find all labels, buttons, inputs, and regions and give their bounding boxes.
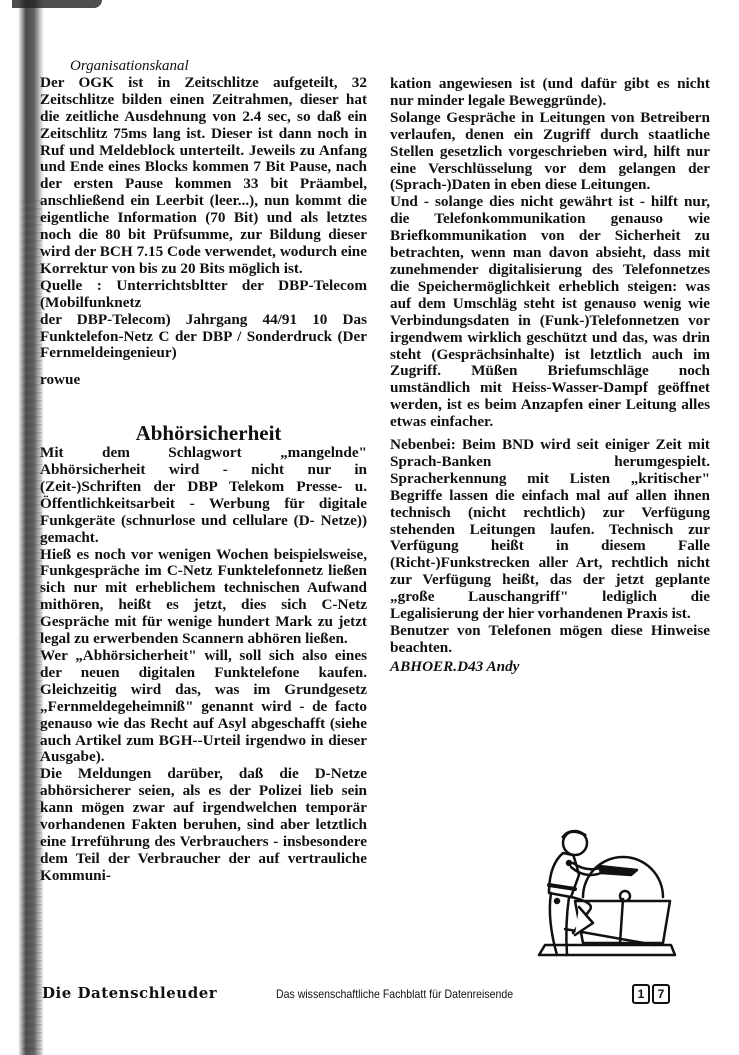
ogk-paragraph: Der OGK ist in Zeitschlitze aufgeteilt, … bbox=[40, 75, 367, 278]
man-at-grindstone-icon bbox=[535, 815, 680, 965]
scan-noise-edge bbox=[22, 200, 42, 1055]
source-line-2: der DBP-Telecom) Jahrgang 44/91 10 Das F… bbox=[40, 312, 367, 363]
publication-tagline: Das wissenschaftliche Fachblatt für Date… bbox=[276, 987, 513, 1001]
article-paragraph: Hieß es noch vor wenigen Wochen beispiel… bbox=[40, 547, 367, 648]
article-paragraph: kation angewiesen ist (und dafür gibt es… bbox=[390, 76, 710, 110]
article-paragraph: Solange Gespräche in Leitungen von Betre… bbox=[390, 110, 710, 195]
scan-shadow-top bbox=[12, 0, 102, 8]
article-paragraph: Benutzer von Telefonen mögen diese Hinwe… bbox=[390, 623, 710, 657]
publication-logo: Die Datenschleuder bbox=[42, 984, 217, 1002]
article-paragraph: Wer „Abhörsicherheit" will, soll sich al… bbox=[40, 648, 367, 766]
article-author: ABHOER.D43 Andy bbox=[390, 659, 710, 676]
article-paragraph: Mit dem Schlagwort „mangelnde" Abhörsich… bbox=[40, 445, 367, 546]
signature-rowue: rowue bbox=[40, 372, 367, 389]
article-paragraph: Nebenbei: Beim BND wird seit einiger Zei… bbox=[390, 437, 710, 623]
section-subheading: Organisationskanal bbox=[40, 58, 367, 75]
page-digit: 1 bbox=[632, 984, 650, 1004]
article-title: Abhörsicherheit bbox=[40, 425, 367, 442]
left-column: Organisationskanal Der OGK ist in Zeitsc… bbox=[40, 58, 367, 885]
page-footer: Die Datenschleuder Das wissenschaftliche… bbox=[0, 984, 739, 1004]
page-digit: 7 bbox=[652, 984, 670, 1004]
article-paragraph: Die Meldungen darüber, daß die D-Netze a… bbox=[40, 766, 367, 884]
page-number: 1 7 bbox=[632, 984, 670, 1004]
right-column: kation angewiesen ist (und dafür gibt es… bbox=[390, 76, 710, 676]
article-paragraph: Und - solange dies nicht gewährt ist - h… bbox=[390, 194, 710, 431]
source-line-1: Quelle : Unterrichtsbltter der DBP-Telec… bbox=[40, 278, 367, 312]
